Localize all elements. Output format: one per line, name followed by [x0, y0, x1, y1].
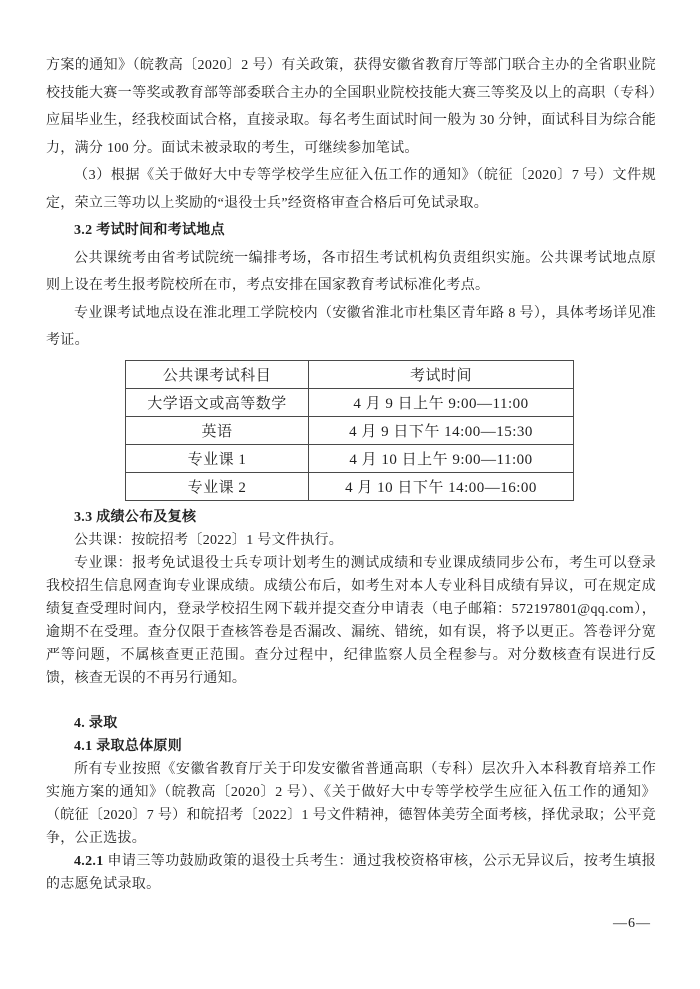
paragraph-major-score: 专业课：报考免试退役士兵专项计划考生的测试成绩和专业课成绩同步公布，考生可以登录…	[46, 552, 656, 690]
paragraph-public-exam: 公共课统考由省考试院统一编排考场，各市招生考试机构负责组织实施。公共课考试地点原…	[46, 245, 656, 300]
table-cell-time: 4 月 10 日上午 9:00—11:00	[309, 444, 574, 472]
table-row: 英语 4 月 9 日下午 14:00—15:30	[126, 416, 574, 444]
paragraph-4-2-1-text: 申请三等功鼓励政策的退役士兵考生：通过我校资格审核，公示无异议后，按考生填报的志…	[46, 854, 656, 892]
table-cell-subject: 大学语文或高等数学	[126, 388, 309, 416]
heading-4-1: 4.1 录取总体原则	[46, 735, 656, 758]
document-page: 方案的通知》（皖教高〔2020〕2 号）有关政策，获得安徽省教育厅等部门联合主办…	[0, 0, 700, 989]
table-header-subject: 公共课考试科目	[126, 360, 309, 388]
table-row: 大学语文或高等数学 4 月 9 日上午 9:00—11:00	[126, 388, 574, 416]
heading-3-2: 3.2 考试时间和考试地点	[46, 217, 656, 245]
heading-4: 4. 录取	[46, 712, 656, 735]
table-cell-subject: 英语	[126, 416, 309, 444]
paragraph-admission-principle: 所有专业按照《安徽省教育厅关于印发安徽省普通高职（专科）层次升入本科教育培养工作…	[46, 758, 656, 850]
page-number: —6—	[613, 916, 651, 932]
paragraph-major-exam: 专业课考试地点设在淮北理工学院校内（安徽省淮北市杜集区青年路 8 号），具体考场…	[46, 300, 656, 355]
paragraph-item3: （3）根据《关于做好大中专等学校学生应征入伍工作的通知》（皖征〔2020〕7 号…	[46, 162, 656, 217]
table-cell-subject: 专业课 1	[126, 444, 309, 472]
table-header-row: 公共课考试科目 考试时间	[126, 360, 574, 388]
table-cell-time: 4 月 9 日下午 14:00—15:30	[309, 416, 574, 444]
paragraph-public-score: 公共课：按皖招考〔2022〕1 号文件执行。	[46, 529, 656, 552]
table-row: 专业课 1 4 月 10 日上午 9:00—11:00	[126, 444, 574, 472]
paragraph-4-2-1: 4.2.1 申请三等功鼓励政策的退役士兵考生：通过我校资格审核，公示无异议后，按…	[46, 850, 656, 896]
table-cell-time: 4 月 10 日下午 14:00—16:00	[309, 472, 574, 500]
table-row: 专业课 2 4 月 10 日下午 14:00—16:00	[126, 472, 574, 500]
table-cell-subject: 专业课 2	[126, 472, 309, 500]
table-header-time: 考试时间	[309, 360, 574, 388]
heading-3-3: 3.3 成绩公布及复核	[46, 506, 656, 529]
paragraph-continuation: 方案的通知》（皖教高〔2020〕2 号）有关政策，获得安徽省教育厅等部门联合主办…	[46, 52, 656, 162]
table-cell-time: 4 月 9 日上午 9:00—11:00	[309, 388, 574, 416]
paragraph-4-2-1-number: 4.2.1	[74, 854, 107, 869]
exam-schedule-table: 公共课考试科目 考试时间 大学语文或高等数学 4 月 9 日上午 9:00—11…	[125, 360, 574, 501]
